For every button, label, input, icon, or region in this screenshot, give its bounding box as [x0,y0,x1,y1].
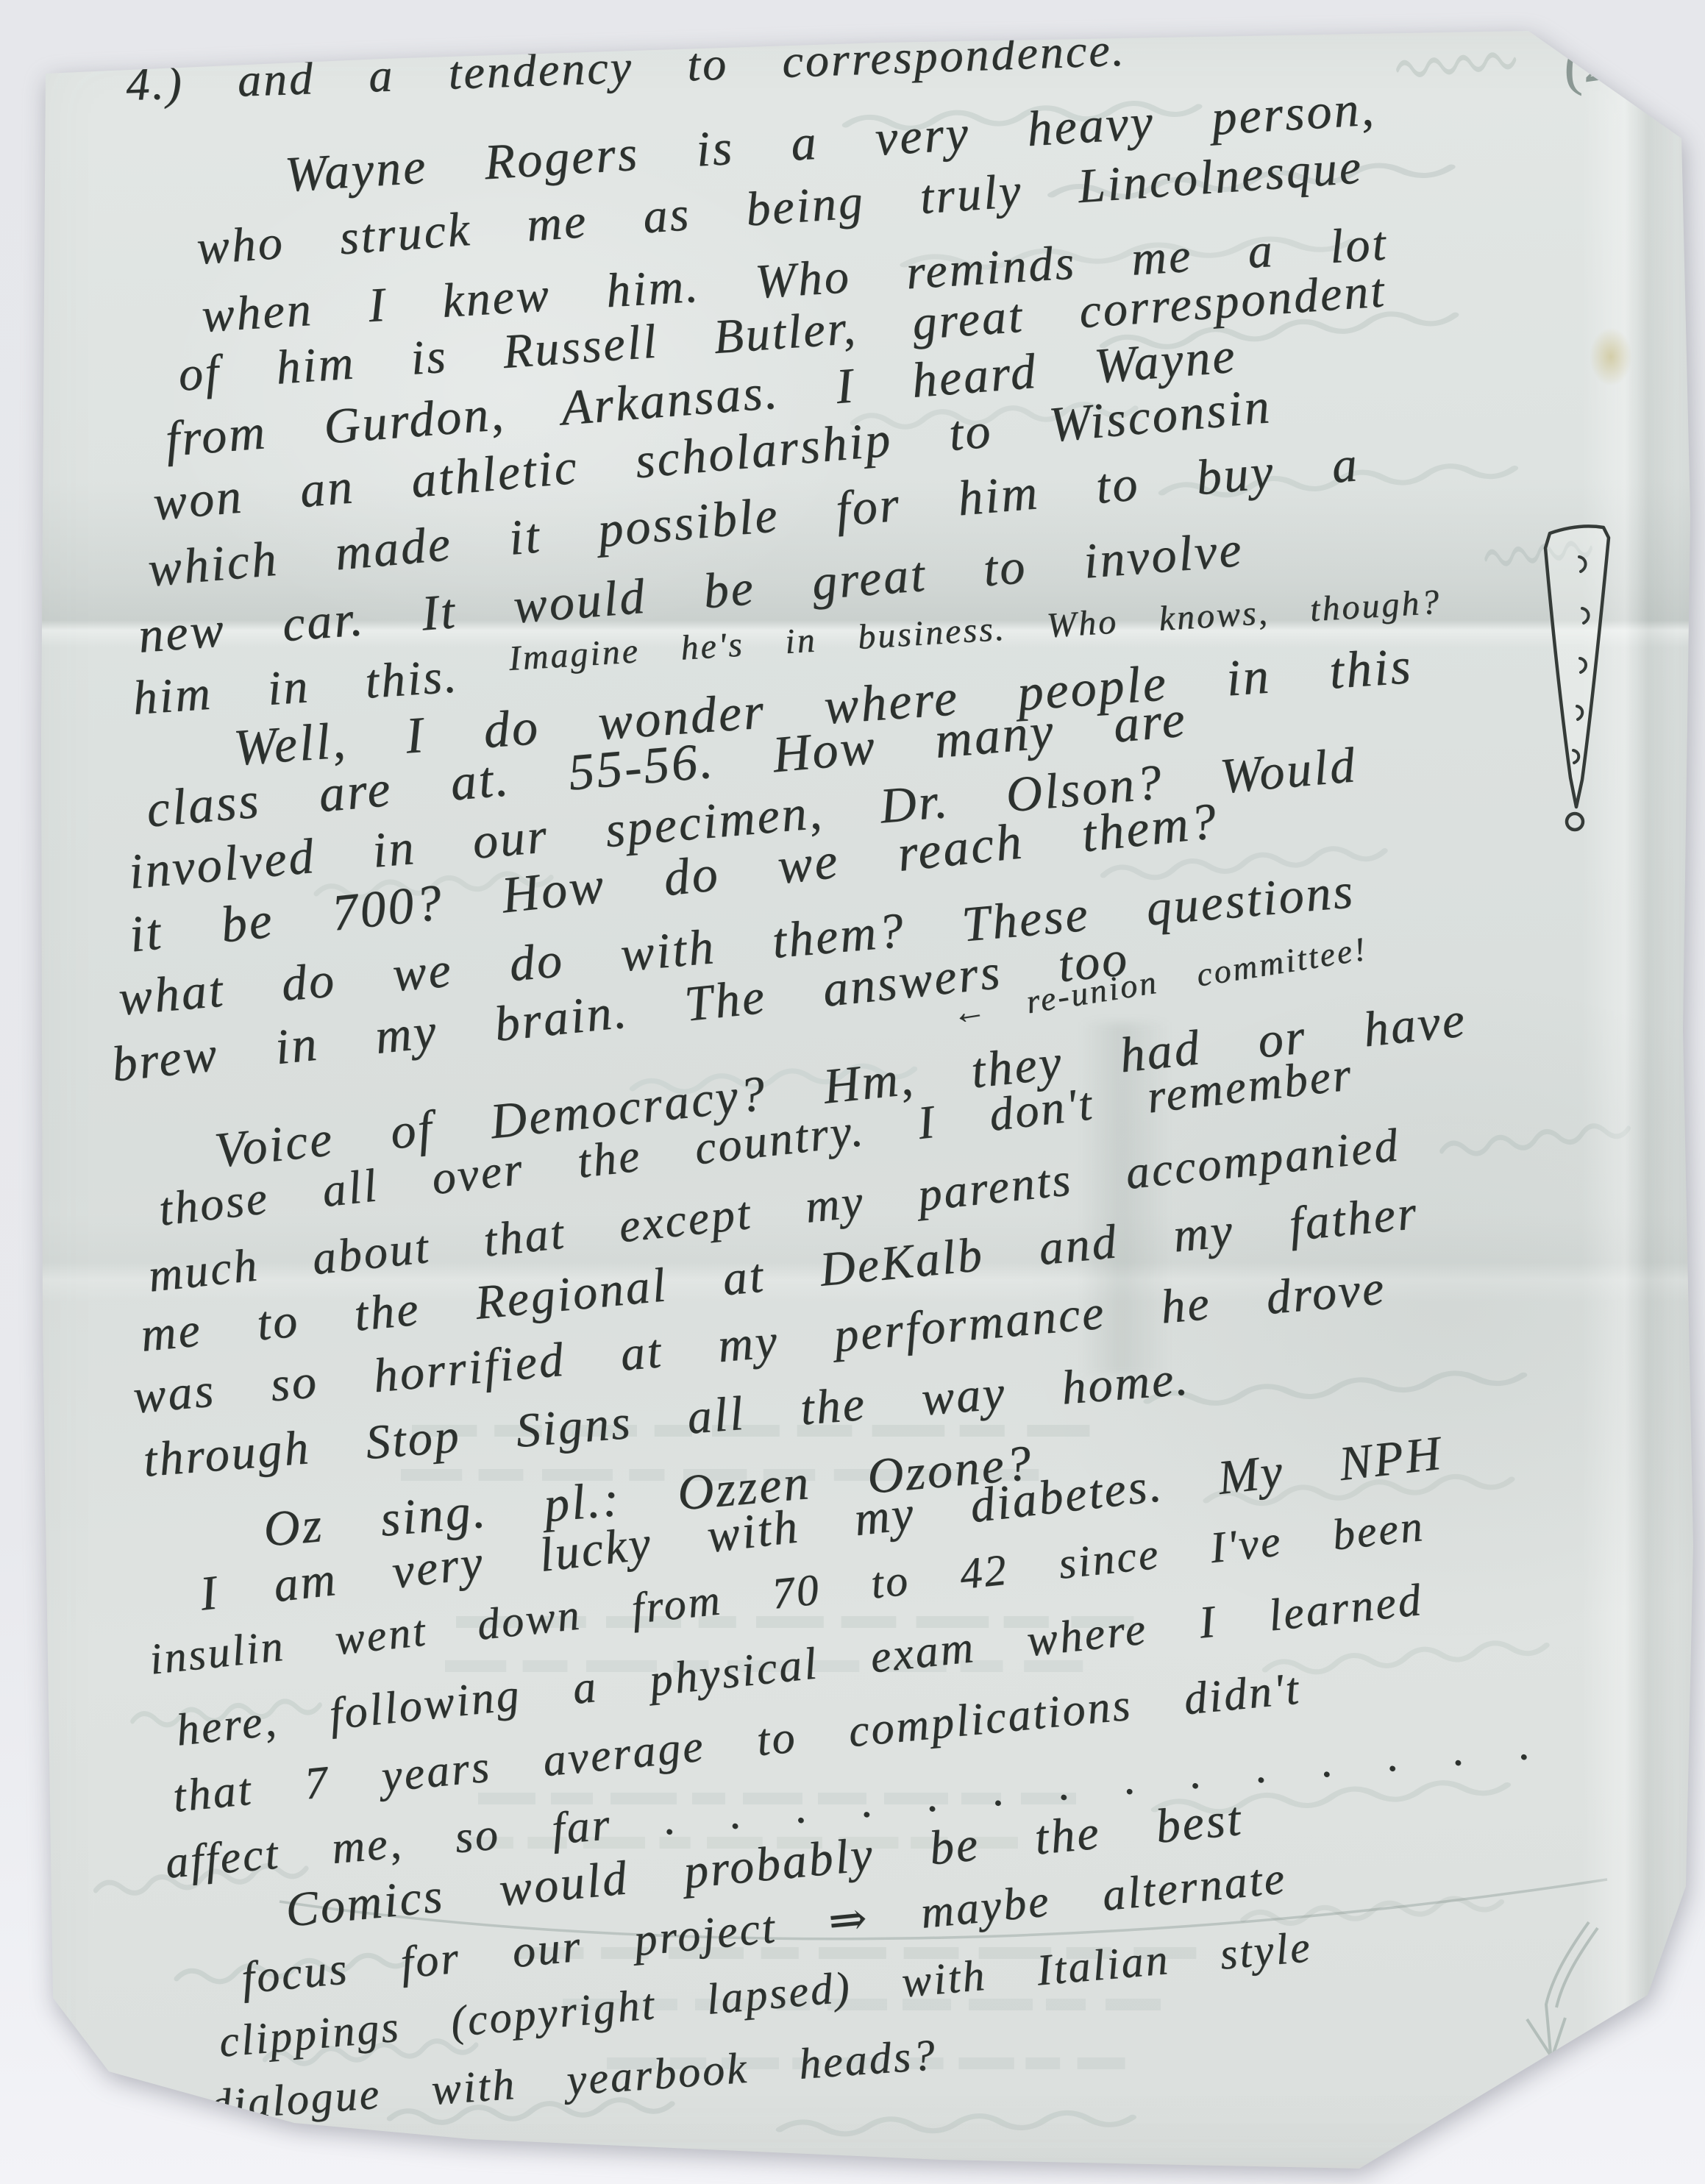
fold-crease-vertical [1581,0,1677,2184]
margin-doodle-exclamation [1534,519,1629,835]
letter-paper: (2 4.) and a tendency to correspondence.… [0,0,1705,2184]
letter-paper-wrap: (2 4.) and a tendency to correspondence.… [0,0,1705,2184]
page-number-annotation: (2 [1558,22,1619,100]
paper-stain [1581,316,1640,397]
letter-photo: (2 4.) and a tendency to correspondence.… [0,0,1705,2184]
handwritten-line: 4.) and a tendency to correspondence. [125,23,1127,112]
pencil-arrow-doodle [1442,1909,1611,2063]
